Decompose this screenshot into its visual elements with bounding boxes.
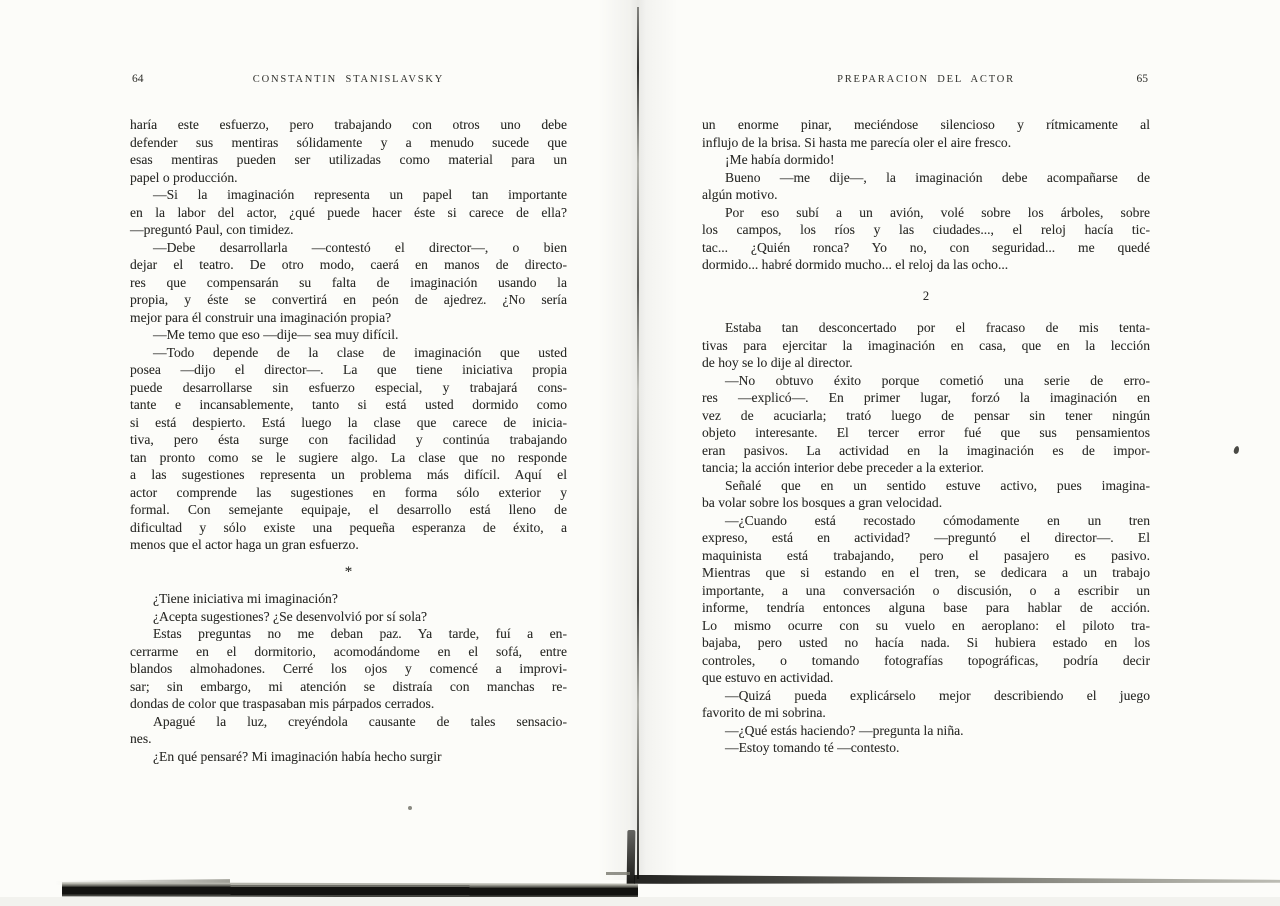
paragraph: ¿En qué pensaré? Mi imaginación había he… bbox=[130, 748, 567, 766]
scan-speck bbox=[1233, 445, 1240, 454]
text-line: —Debe desarrollarla —contestó el directo… bbox=[130, 239, 567, 257]
text-line: res —explicó—. En primer lugar, forzó la… bbox=[702, 389, 1150, 407]
text-line: —Estoy tomando té —contesto. bbox=[702, 739, 1150, 757]
text-line: algún motivo. bbox=[702, 186, 1150, 204]
page-number: 64 bbox=[132, 73, 144, 85]
text-line: res que compensarán su falta de imaginac… bbox=[130, 274, 567, 292]
text-line: sar; sin embargo, mi atención se distraí… bbox=[130, 678, 567, 696]
text-line: blandos almohadones. Cerré los ojos y co… bbox=[130, 660, 567, 678]
page-left: 64 CONSTANTIN STANISLAVSKY haría este es… bbox=[130, 74, 567, 90]
text-line: tac... ¿Quién ronca? Yo no, con segurida… bbox=[702, 239, 1150, 257]
text-line: informe, tendría entonces alguna base pa… bbox=[702, 599, 1150, 617]
paragraph: —Todo depende de la clase de imaginación… bbox=[130, 344, 567, 554]
text-line: ¿Acepta sugestiones? ¿Se desenvolvió por… bbox=[130, 608, 567, 626]
page-body: haría este esfuerzo, pero trabajando con… bbox=[130, 116, 567, 765]
text-line: Bueno —me dije—, la imaginación debe aco… bbox=[702, 169, 1150, 187]
paragraph: —¿Cuando está recostado cómodamente en u… bbox=[702, 512, 1150, 687]
text-line: favorito de mi sobrina. bbox=[702, 704, 1150, 722]
paragraph: —No obtuvo éxito porque cometió una seri… bbox=[702, 372, 1150, 477]
text-line: Mientras que si estando en el tren, se d… bbox=[702, 564, 1150, 582]
paragraph: haría este esfuerzo, pero trabajando con… bbox=[130, 116, 567, 186]
paragraph: Por eso subí a un avión, volé sobre los … bbox=[702, 204, 1150, 274]
text-line: tiva, pero ésta surge con facilidad y co… bbox=[130, 431, 567, 449]
center-fold-line bbox=[637, 7, 639, 879]
text-line: papel o producción. bbox=[130, 169, 567, 187]
text-line: menos que el actor haga un gran esfuerzo… bbox=[130, 536, 567, 554]
text-line: a las sugestiones representa un problema… bbox=[130, 466, 567, 484]
text-line: ¡Me había dormido! bbox=[702, 151, 1150, 169]
text-line: que estuvo en actividad. bbox=[702, 669, 1150, 687]
text-line: un enorme pinar, meciéndose silencioso y… bbox=[702, 116, 1150, 134]
text-line: expreso, está en actividad? —preguntó el… bbox=[702, 529, 1150, 547]
paragraph: —Si la imaginación representa un papel t… bbox=[130, 186, 567, 239]
text-line: —Quizá pueda explicárselo mejor describi… bbox=[702, 687, 1150, 705]
text-line: controles, o tomando fotografías topográ… bbox=[702, 652, 1150, 670]
paragraph: ¿Acepta sugestiones? ¿Se desenvolvió por… bbox=[130, 608, 567, 626]
paragraph: —Debe desarrollarla —contestó el directo… bbox=[130, 239, 567, 327]
text-line: vez de acuciarla; trató luego de pensar … bbox=[702, 407, 1150, 425]
page-header: 64 CONSTANTIN STANISLAVSKY bbox=[130, 74, 567, 90]
section-separator: * bbox=[130, 564, 567, 582]
text-line: los campos, los ríos y las ciudades..., … bbox=[702, 221, 1150, 239]
text-line: —preguntó Paul, con timidez. bbox=[130, 221, 567, 239]
running-title: PREPARACION DEL ACTOR bbox=[702, 74, 1150, 85]
text-line: Por eso subí a un avión, volé sobre los … bbox=[702, 204, 1150, 222]
text-line: —¿Cuando está recostado cómodamente en u… bbox=[702, 512, 1150, 530]
text-line: esas mentiras pueden ser utilizadas como… bbox=[130, 151, 567, 169]
text-line: puede desarrollarse sin esfuerzo especia… bbox=[130, 379, 567, 397]
text-line: formal. Con semejante equipaje, el desar… bbox=[130, 501, 567, 519]
paragraph: Bueno —me dije—, la imaginación debe aco… bbox=[702, 169, 1150, 204]
running-title: CONSTANTIN STANISLAVSKY bbox=[130, 74, 567, 85]
paragraph: —Quizá pueda explicárselo mejor describi… bbox=[702, 687, 1150, 722]
text-line: dificultad y sólo existe una pequeña esp… bbox=[130, 519, 567, 537]
text-line: importante, a una conversación o discusi… bbox=[702, 582, 1150, 600]
text-line: actor comprende las sugestiones en forma… bbox=[130, 484, 567, 502]
text-line: Señalé que en un sentido estuve activo, … bbox=[702, 477, 1150, 495]
text-line: Apagué la luz, creyéndola causante de ta… bbox=[130, 713, 567, 731]
text-line: nes. bbox=[130, 730, 567, 748]
text-line: ba volar sobre los bosques a gran veloci… bbox=[702, 494, 1150, 512]
paragraph: —Me temo que eso —dije— sea muy difícil. bbox=[130, 326, 567, 344]
text-line: tancia; la acción interior debe preceder… bbox=[702, 459, 1150, 477]
text-line: ¿En qué pensaré? Mi imaginación había he… bbox=[130, 748, 567, 766]
text-line: eran pasivos. La actividad en la imagina… bbox=[702, 442, 1150, 460]
text-line: Lo mismo ocurre con su vuelo en aeroplan… bbox=[702, 617, 1150, 635]
text-line: influjo de la brisa. Si hasta me parecía… bbox=[702, 134, 1150, 152]
text-line: —Me temo que eso —dije— sea muy difícil. bbox=[130, 326, 567, 344]
fold-bottom-dash bbox=[606, 872, 630, 875]
text-line: tante e incansablemente, tanto si está u… bbox=[130, 396, 567, 414]
book-spread-scan: 64 CONSTANTIN STANISLAVSKY haría este es… bbox=[0, 0, 1280, 906]
paragraph: Señalé que en un sentido estuve activo, … bbox=[702, 477, 1150, 512]
paragraph: —Estoy tomando té —contesto. bbox=[702, 739, 1150, 757]
text-line: si está despierto. Está luego la clase q… bbox=[130, 414, 567, 432]
paragraph: —¿Qué estás haciendo? —pregunta la niña. bbox=[702, 722, 1150, 740]
paragraph: ¡Me había dormido! bbox=[702, 151, 1150, 169]
page-number: 65 bbox=[1137, 73, 1149, 85]
paragraph: Estas preguntas no me deban paz. Ya tard… bbox=[130, 625, 567, 713]
text-line: —No obtuvo éxito porque cometió una seri… bbox=[702, 372, 1150, 390]
text-line: posea —dijo el director—. La que tiene i… bbox=[130, 361, 567, 379]
text-line: tan pronto como se le sugiere algo. La c… bbox=[130, 449, 567, 467]
text-line: objeto interesante. El tercer error fué … bbox=[702, 424, 1150, 442]
page-header: 65 PREPARACION DEL ACTOR bbox=[702, 74, 1150, 90]
text-line: en la labor del actor, ¿qué puede hacer … bbox=[130, 204, 567, 222]
text-line: —Todo depende de la clase de imaginación… bbox=[130, 344, 567, 362]
text-line: dondas de color que traspasaban mis párp… bbox=[130, 695, 567, 713]
text-line: tivas para ejercitar la imaginación en c… bbox=[702, 337, 1150, 355]
text-line: dormido... habré dormido mucho... el rel… bbox=[702, 256, 1150, 274]
text-line: cerrarme en el dormitorio, acomodándome … bbox=[130, 643, 567, 661]
page-right: 65 PREPARACION DEL ACTOR un enorme pinar… bbox=[702, 74, 1150, 90]
text-line: Estaba tan desconcertado por el fracaso … bbox=[702, 319, 1150, 337]
text-line: maquinista está trabajando, pero el pasa… bbox=[702, 547, 1150, 565]
paragraph: ¿Tiene iniciativa mi imaginación? bbox=[130, 590, 567, 608]
text-line: mejor para él construir una imaginación … bbox=[130, 309, 567, 327]
text-line: bajaba, pero usted no hacía nada. Si hub… bbox=[702, 634, 1150, 652]
section-separator: 2 bbox=[702, 288, 1150, 306]
text-line: —¿Qué estás haciendo? —pregunta la niña. bbox=[702, 722, 1150, 740]
page-body: un enorme pinar, meciéndose silencioso y… bbox=[702, 116, 1150, 757]
text-line: haría este esfuerzo, pero trabajando con… bbox=[130, 116, 567, 134]
paragraph: Apagué la luz, creyéndola causante de ta… bbox=[130, 713, 567, 748]
text-line: dejar el teatro. De otro modo, caerá en … bbox=[130, 256, 567, 274]
text-line: defender sus mentiras sólidamente y a me… bbox=[130, 134, 567, 152]
text-line: —Si la imaginación representa un papel t… bbox=[130, 186, 567, 204]
scanner-bed-strip bbox=[0, 897, 1280, 906]
text-line: ¿Tiene iniciativa mi imaginación? bbox=[130, 590, 567, 608]
bottom-page-edge-left bbox=[62, 882, 638, 897]
paragraph: un enorme pinar, meciéndose silencioso y… bbox=[702, 116, 1150, 151]
scan-speck bbox=[408, 806, 412, 810]
text-line: propia, y éste se convertirá en peón de … bbox=[130, 291, 567, 309]
paragraph: Estaba tan desconcertado por el fracaso … bbox=[702, 319, 1150, 372]
text-line: de hoy se lo dije al director. bbox=[702, 354, 1150, 372]
bottom-page-edge-right bbox=[634, 875, 1280, 886]
text-line: Estas preguntas no me deban paz. Ya tard… bbox=[130, 625, 567, 643]
